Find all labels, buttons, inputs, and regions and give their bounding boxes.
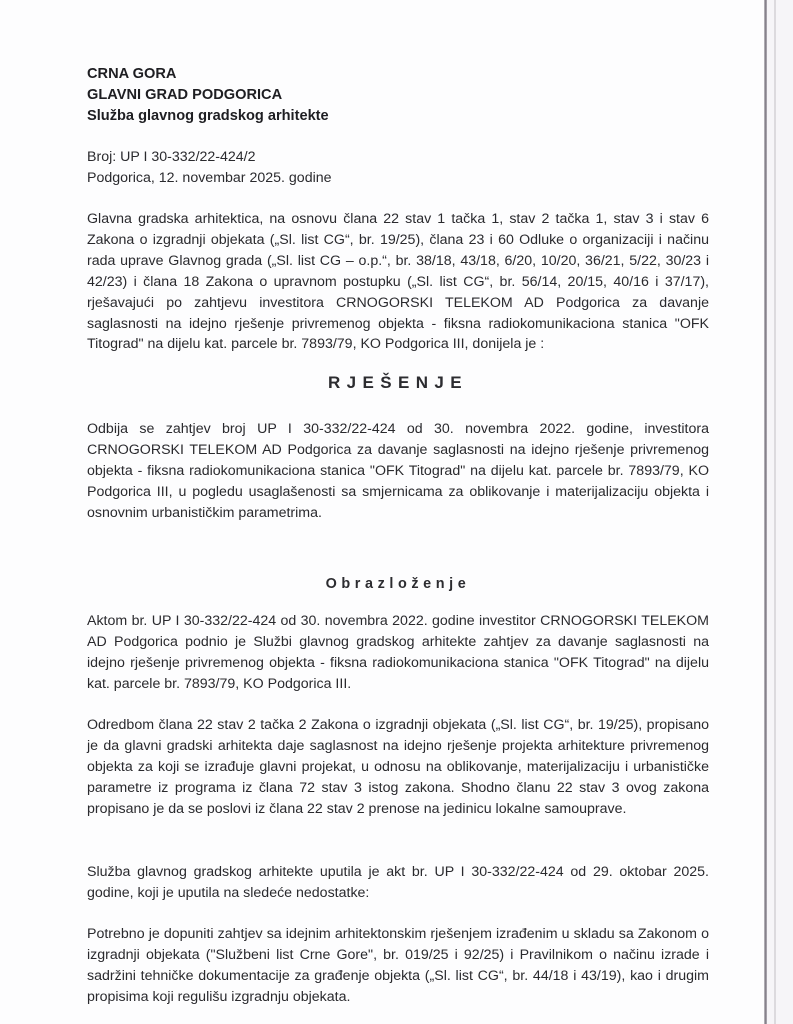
reasoning-paragraph-2: Odredbom člana 22 stav 2 tačka 2 Zakona … bbox=[87, 715, 709, 820]
reasoning-paragraph-4: Potrebno je dopuniti zahtjev sa idejnim … bbox=[87, 924, 709, 1008]
decision-paragraph: Odbija se zahtjev broj UP I 30-332/22-42… bbox=[87, 419, 709, 524]
preamble-paragraph: Glavna gradska arhitektica, na osnovu čl… bbox=[87, 209, 709, 355]
reasoning-paragraph-1: Aktom br. UP I 30-332/22-424 od 30. nove… bbox=[87, 611, 709, 695]
scan-edge-line bbox=[764, 0, 767, 1024]
reasoning-title: Obrazloženje bbox=[87, 576, 709, 592]
scan-edge-line-faint bbox=[774, 0, 776, 1024]
document-page: CRNA GORA GLAVNI GRAD PODGORICA Služba g… bbox=[0, 0, 793, 1024]
reference-number: Broj: UP I 30-332/22-424/2 bbox=[87, 149, 256, 165]
header-office: Služba glavnog gradskog arhitekte bbox=[87, 108, 329, 124]
decision-title: RJEŠENJE bbox=[87, 373, 709, 393]
header-city: GLAVNI GRAD PODGORICA bbox=[87, 87, 282, 103]
reasoning-paragraph-3: Služba glavnog gradskog arhitekte uputil… bbox=[87, 862, 709, 904]
place-and-date: Podgorica, 12. novembar 2025. godine bbox=[87, 170, 332, 186]
header-country: CRNA GORA bbox=[87, 66, 176, 82]
scan-margin-shade bbox=[767, 0, 793, 1024]
